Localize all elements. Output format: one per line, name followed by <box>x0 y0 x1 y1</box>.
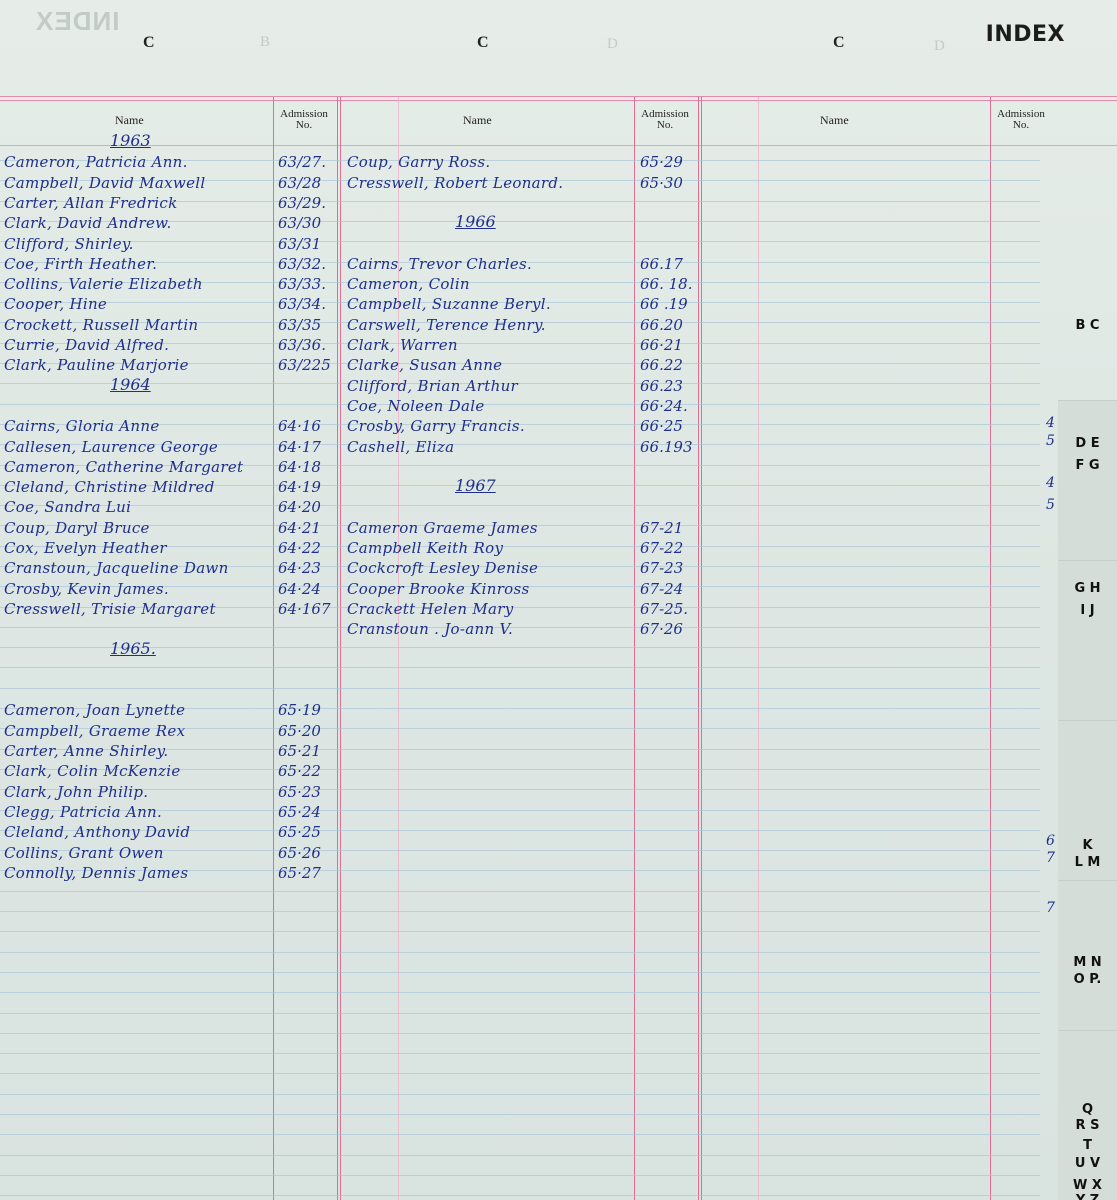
admission-number: 63/32. <box>278 255 326 273</box>
ruled-line <box>0 1155 1040 1156</box>
entry-name: Clifford, Brian Arthur <box>347 377 518 395</box>
entry-name: Carswell, Terence Henry. <box>347 316 546 334</box>
ruled-line <box>0 1073 1040 1074</box>
page-title: INDEX <box>986 22 1065 47</box>
entry-name: Coup, Daryl Bruce <box>4 519 150 537</box>
index-tab-bc[interactable]: B C <box>1058 318 1117 333</box>
entry-name: Coup, Garry Ross. <box>347 153 490 171</box>
entry-name: Crosby, Garry Francis. <box>347 417 525 435</box>
entry-name: Collins, Valerie Elizabeth <box>4 275 203 293</box>
ruled-line <box>0 688 1040 689</box>
margin-note: 4 <box>1046 475 1055 491</box>
entry-name: Cameron, Joan Lynette <box>4 701 185 719</box>
admission-number: 63/31 <box>278 235 321 253</box>
ruled-line <box>0 1114 1040 1115</box>
entry-name: Cranstoun, Jacqueline Dawn <box>4 559 229 577</box>
ghost-letter: B <box>260 34 270 51</box>
admission-number: 64·23 <box>278 559 321 577</box>
entry-name: Campbell, Graeme Rex <box>4 722 185 740</box>
index-tab-uv[interactable]: U V <box>1058 1156 1117 1171</box>
entry-name: Crosby, Kevin James. <box>4 580 169 598</box>
index-tab-k[interactable]: K <box>1058 838 1117 853</box>
admission-number: 67-25. <box>640 600 688 618</box>
entry-name: Connolly, Dennis James <box>4 864 188 882</box>
admission-number: 66·21 <box>640 336 683 354</box>
ruled-line <box>0 627 1040 628</box>
admission-number: 64·24 <box>278 580 321 598</box>
entry-name: Cooper Brooke Kinross <box>347 580 530 598</box>
index-tab-mn[interactable]: M N <box>1058 955 1117 970</box>
ruled-line <box>0 1013 1040 1014</box>
column-letter: C <box>143 34 155 52</box>
index-tab-rs[interactable]: R S <box>1058 1118 1117 1133</box>
admission-number: 66.193 <box>640 438 693 456</box>
admission-header: AdmissionNo. <box>637 109 693 131</box>
ruled-line <box>0 667 1040 668</box>
margin-note: 4 <box>1046 415 1055 431</box>
entry-name: Coe, Noleen Dale <box>347 397 485 415</box>
admission-number: 66. 18. <box>640 275 692 293</box>
entry-name: Clark, Colin McKenzie <box>4 762 181 780</box>
ruled-line <box>0 972 1040 973</box>
ruled-line <box>0 1033 1040 1034</box>
entry-name: Carter, Anne Shirley. <box>4 742 168 760</box>
entry-name: Currie, David Alfred. <box>4 336 169 354</box>
index-tab-wx[interactable]: W X <box>1058 1178 1117 1193</box>
admission-number: 66 .19 <box>640 295 688 313</box>
entry-name: Cameron Graeme James <box>347 519 538 537</box>
ruled-line <box>0 911 1040 912</box>
entry-name: Clegg, Patricia Ann. <box>4 803 162 821</box>
column-letter: C <box>833 34 845 52</box>
admission-number: 64·167 <box>278 600 331 618</box>
admission-number: 65·19 <box>278 701 321 719</box>
margin-note: 6 <box>1046 833 1055 849</box>
ruled-line <box>0 1175 1040 1176</box>
entry-name: Collins, Grant Owen <box>4 844 164 862</box>
index-tab-fg[interactable]: F G <box>1058 458 1117 473</box>
ruled-line <box>0 952 1040 953</box>
entry-name: Cleland, Christine Mildred <box>4 478 215 496</box>
index-tab-gh[interactable]: G H <box>1058 581 1117 596</box>
admission-number: 64·21 <box>278 519 321 537</box>
entry-name: Cashell, Eliza <box>347 438 454 456</box>
header-rule <box>0 100 1117 101</box>
entry-name: Clarke, Susan Anne <box>347 356 502 374</box>
admission-number: 65·22 <box>278 762 321 780</box>
ruled-line <box>0 404 1040 405</box>
admission-number: 63/33. <box>278 275 326 293</box>
margin-note: 7 <box>1046 850 1055 866</box>
margin-note: 5 <box>1046 497 1055 513</box>
admission-number: 66.20 <box>640 316 683 334</box>
index-tab-lm[interactable]: L M <box>1058 855 1117 870</box>
ruled-line <box>0 1195 1040 1196</box>
entry-name: Clark, John Philip. <box>4 783 148 801</box>
entry-name: Campbell Keith Roy <box>347 539 503 557</box>
admission-number: 66.17 <box>640 255 683 273</box>
admission-number: 67-22 <box>640 539 683 557</box>
entry-name: Carter, Allan Fredrick <box>4 194 177 212</box>
admission-number: 65·24 <box>278 803 321 821</box>
column-letter: C <box>477 34 489 52</box>
admission-number: 67-21 <box>640 519 683 537</box>
entry-name: Coe, Firth Heather. <box>4 255 157 273</box>
admission-number: 66·24. <box>640 397 688 415</box>
year-heading: 1967 <box>455 476 496 495</box>
margin-note: 5 <box>1046 433 1055 449</box>
entry-name: Crackett Helen Mary <box>347 600 514 618</box>
admission-number: 64·16 <box>278 417 321 435</box>
admission-number: 65·23 <box>278 783 321 801</box>
entry-name: Clark, Warren <box>347 336 458 354</box>
entry-name: Clifford, Shirley. <box>4 235 134 253</box>
admission-number: 65·20 <box>278 722 321 740</box>
admission-number: 65·27 <box>278 864 321 882</box>
admission-number: 64·20 <box>278 498 321 516</box>
admission-number: 65·29 <box>640 153 683 171</box>
entry-name: Cleland, Anthony David <box>4 823 190 841</box>
entry-name: Cox, Evelyn Heather <box>4 539 167 557</box>
ruled-line <box>0 1134 1040 1135</box>
admission-number: 63/30 <box>278 214 321 232</box>
entry-name: Cairns, Gloria Anne <box>4 417 160 435</box>
admission-number: 63/36. <box>278 336 326 354</box>
ruled-line <box>0 1094 1040 1095</box>
ruled-line <box>0 1053 1040 1054</box>
index-tab-de[interactable]: D E <box>1058 436 1117 451</box>
index-tab-t[interactable]: T <box>1058 1138 1117 1153</box>
entry-name: Cranstoun . Jo-ann V. <box>347 620 513 638</box>
entry-name: Clark, Pauline Marjorie <box>4 356 189 374</box>
admission-number: 66·25 <box>640 417 683 435</box>
admission-header: AdmissionNo. <box>276 109 332 131</box>
entry-name: Crockett, Russell Martin <box>4 316 198 334</box>
ruled-line <box>0 789 1040 790</box>
entry-name: Callesen, Laurence George <box>4 438 218 456</box>
entry-name: Cameron, Patricia Ann. <box>4 153 188 171</box>
entry-name: Cresswell, Robert Leonard. <box>347 174 563 192</box>
entry-name: Campbell, Suzanne Beryl. <box>347 295 551 313</box>
name-header: Name <box>820 115 849 126</box>
admission-number: 66.23 <box>640 377 683 395</box>
ruled-line <box>0 931 1040 932</box>
admission-number: 63/35 <box>278 316 321 334</box>
ghost-letter: D <box>934 38 945 55</box>
admission-number: 67-24 <box>640 580 683 598</box>
tab-background <box>1058 400 1117 561</box>
ghost-index-title: INDEX <box>35 6 119 37</box>
ruled-line <box>0 891 1040 892</box>
ghost-letter: D <box>607 36 618 53</box>
header-rule <box>0 96 1117 97</box>
admission-number: 63/29. <box>278 194 326 212</box>
admission-number: 63/225 <box>278 356 331 374</box>
entry-name: Cooper, Hine <box>4 295 107 313</box>
ruled-line <box>0 505 1040 506</box>
ruled-line <box>0 647 1040 648</box>
admission-number: 64·19 <box>278 478 321 496</box>
admission-number: 65·30 <box>640 174 683 192</box>
entry-name: Cameron, Colin <box>347 275 470 293</box>
admission-number: 63/34. <box>278 295 326 313</box>
margin-note: 7 <box>1046 900 1055 916</box>
entry-name: Cresswell, Trisie Margaret <box>4 600 216 618</box>
admission-number: 65·25 <box>278 823 321 841</box>
index-tab-op[interactable]: O P. <box>1058 972 1117 987</box>
year-heading: 1964 <box>110 375 151 394</box>
entry-name: Coe, Sandra Lui <box>4 498 131 516</box>
admission-number: 64·18 <box>278 458 321 476</box>
name-header: Name <box>115 115 144 126</box>
admission-number: 67·26 <box>640 620 683 638</box>
entry-name: Cameron, Catherine Margaret <box>4 458 243 476</box>
index-tab-q[interactable]: Q <box>1058 1102 1117 1117</box>
admission-number: 67-23 <box>640 559 683 577</box>
admission-number: 65·26 <box>278 844 321 862</box>
admission-number: 65·21 <box>278 742 321 760</box>
ruled-line <box>0 241 1040 242</box>
ruled-line <box>0 992 1040 993</box>
index-tab-yz[interactable]: Y Z <box>1058 1193 1117 1200</box>
ruled-line <box>0 383 1040 384</box>
year-heading: 1966 <box>455 212 496 231</box>
name-header: Name <box>463 115 492 126</box>
index-tab-ij[interactable]: I J <box>1058 603 1117 618</box>
admission-header: AdmissionNo. <box>993 109 1049 131</box>
admission-number: 66.22 <box>640 356 683 374</box>
year-heading: 1965. <box>110 639 156 658</box>
header-rule <box>0 145 1117 146</box>
admission-number: 63/28 <box>278 174 321 192</box>
entry-name: Clark, David Andrew. <box>4 214 172 232</box>
entry-name: Cockcroft Lesley Denise <box>347 559 538 577</box>
entry-name: Cairns, Trevor Charles. <box>347 255 532 273</box>
admission-number: 63/27. <box>278 153 326 171</box>
entry-name: Campbell, David Maxwell <box>4 174 205 192</box>
year-heading: 1963 <box>110 131 151 150</box>
admission-number: 64·17 <box>278 438 321 456</box>
admission-number: 64·22 <box>278 539 321 557</box>
